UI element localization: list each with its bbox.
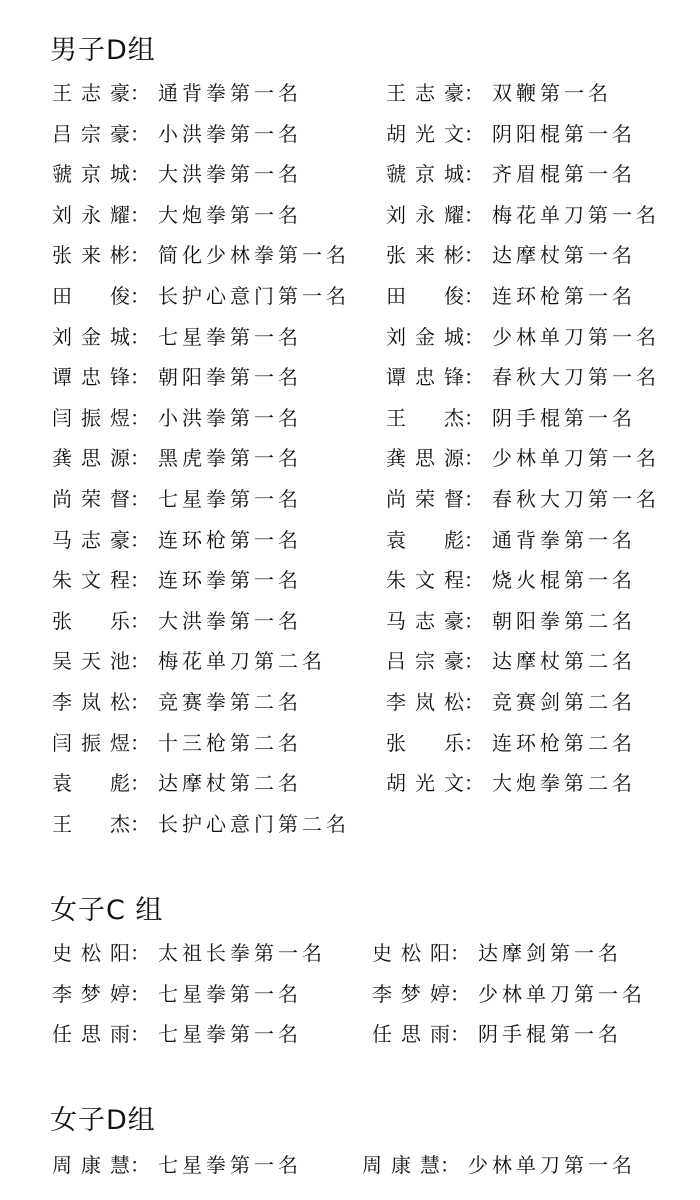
award-entry-left: 田俊：长护心意门第一名 xyxy=(52,281,350,311)
award-entry-left: 闫振煜：十三枪第二名 xyxy=(52,728,302,758)
award-text: 通背拳第一名 xyxy=(492,525,636,555)
separator-colon: ： xyxy=(130,362,158,392)
award-text: 太祖长拳第一名 xyxy=(158,938,326,968)
award-entry-right: 虢京城：齐眉棍第一名 xyxy=(386,159,636,189)
award-entry-right: 史松阳：达摩剑第一名 xyxy=(372,938,622,968)
separator-colon: ： xyxy=(130,979,158,1009)
separator-colon: ： xyxy=(130,938,158,968)
athlete-name: 谭忠锋 xyxy=(386,362,464,392)
athlete-name: 尚荣督 xyxy=(386,484,464,514)
athlete-name: 刘金城 xyxy=(386,322,464,352)
separator-colon: ： xyxy=(464,362,492,392)
award-row: 任思雨：七星拳第一名任思雨：阴手棍第一名 xyxy=(0,1019,700,1049)
award-text: 达摩杖第二名 xyxy=(492,646,636,676)
award-text: 连环拳第一名 xyxy=(158,565,302,595)
award-text: 竞赛拳第二名 xyxy=(158,687,302,717)
athlete-name: 吕宗豪 xyxy=(386,646,464,676)
athlete-name: 李岚松 xyxy=(52,687,130,717)
award-row: 王志豪：通背拳第一名王志豪：双鞭第一名 xyxy=(0,78,700,108)
award-row: 张来彬：简化少林拳第一名张来彬：达摩杖第一名 xyxy=(0,240,700,270)
award-text: 连环枪第二名 xyxy=(492,728,636,758)
athlete-name: 谭忠锋 xyxy=(52,362,130,392)
award-text: 十三枪第二名 xyxy=(158,728,302,758)
award-entry-right: 周康慧：少林单刀第一名 xyxy=(362,1150,636,1180)
section-title: 男子D组 xyxy=(50,34,156,68)
award-text: 竞赛剑第二名 xyxy=(492,687,636,717)
athlete-name: 王志豪 xyxy=(52,78,130,108)
separator-colon: ： xyxy=(130,565,158,595)
award-text: 朝阳拳第一名 xyxy=(158,362,302,392)
award-text: 阴阳棍第一名 xyxy=(492,119,636,149)
athlete-name: 任思雨 xyxy=(52,1019,130,1049)
award-entry-left: 史松阳：太祖长拳第一名 xyxy=(52,938,326,968)
athlete-name: 田俊 xyxy=(52,281,130,311)
award-row: 尚荣督：七星拳第一名尚荣督：春秋大刀第一名 xyxy=(0,484,700,514)
separator-colon: ： xyxy=(130,1150,158,1180)
athlete-name: 袁彪 xyxy=(386,525,464,555)
athlete-name: 尚荣督 xyxy=(52,484,130,514)
award-entry-left: 王杰：长护心意门第二名 xyxy=(52,809,350,839)
award-row: 闫振煜：小洪拳第一名王杰：阴手棍第一名 xyxy=(0,403,700,433)
athlete-name: 李梦婷 xyxy=(372,979,450,1009)
award-entry-left: 闫振煜：小洪拳第一名 xyxy=(52,403,302,433)
award-entry-right: 袁彪：通背拳第一名 xyxy=(386,525,636,555)
athlete-name: 王志豪 xyxy=(386,78,464,108)
award-text: 少林单刀第一名 xyxy=(478,979,646,1009)
award-entry-left: 朱文程：连环拳第一名 xyxy=(52,565,302,595)
athlete-name: 李梦婷 xyxy=(52,979,130,1009)
award-entry-right: 李岚松：竞赛剑第二名 xyxy=(386,687,636,717)
award-entry-right: 王杰：阴手棍第一名 xyxy=(386,403,636,433)
athlete-name: 马志豪 xyxy=(386,606,464,636)
athlete-name: 史松阳 xyxy=(372,938,450,968)
award-entry-right: 胡光文：阴阳棍第一名 xyxy=(386,119,636,149)
award-row: 李梦婷：七星拳第一名李梦婷：少林单刀第一名 xyxy=(0,979,700,1009)
separator-colon: ： xyxy=(130,443,158,473)
athlete-name: 闫振煜 xyxy=(52,403,130,433)
separator-colon: ： xyxy=(464,768,492,798)
separator-colon: ： xyxy=(464,159,492,189)
award-entry-left: 龚思源：黑虎拳第一名 xyxy=(52,443,302,473)
separator-colon: ： xyxy=(450,1019,478,1049)
award-row: 马志豪：连环枪第一名袁彪：通背拳第一名 xyxy=(0,525,700,555)
athlete-name: 张乐 xyxy=(386,728,464,758)
athlete-name: 闫振煜 xyxy=(52,728,130,758)
separator-colon: ： xyxy=(464,322,492,352)
award-entry-right: 马志豪：朝阳拳第二名 xyxy=(386,606,636,636)
athlete-name: 刘永耀 xyxy=(386,200,464,230)
award-row: 谭忠锋：朝阳拳第一名谭忠锋：春秋大刀第一名 xyxy=(0,362,700,392)
award-entry-left: 刘金城：七星拳第一名 xyxy=(52,322,302,352)
award-row: 张乐：大洪拳第一名马志豪：朝阳拳第二名 xyxy=(0,606,700,636)
athlete-name: 周康慧 xyxy=(362,1150,440,1180)
separator-colon: ： xyxy=(130,281,158,311)
award-text: 七星拳第一名 xyxy=(158,1150,302,1180)
award-text: 大洪拳第一名 xyxy=(158,159,302,189)
award-entry-left: 谭忠锋：朝阳拳第一名 xyxy=(52,362,302,392)
award-row: 袁彪：达摩杖第二名胡光文：大炮拳第二名 xyxy=(0,768,700,798)
award-text: 齐眉棍第一名 xyxy=(492,159,636,189)
separator-colon: ： xyxy=(130,119,158,149)
award-entry-left: 李岚松：竞赛拳第二名 xyxy=(52,687,302,717)
athlete-name: 虢京城 xyxy=(386,159,464,189)
award-text: 七星拳第一名 xyxy=(158,322,302,352)
award-text: 大洪拳第一名 xyxy=(158,606,302,636)
athlete-name: 任思雨 xyxy=(372,1019,450,1049)
award-text: 阴手棍第一名 xyxy=(478,1019,622,1049)
award-entry-right: 李梦婷：少林单刀第一名 xyxy=(372,979,646,1009)
separator-colon: ： xyxy=(464,78,492,108)
athlete-name: 刘金城 xyxy=(52,322,130,352)
award-row: 王杰：长护心意门第二名 xyxy=(0,809,700,839)
award-text: 阴手棍第一名 xyxy=(492,403,636,433)
award-entry-right: 王志豪：双鞭第一名 xyxy=(386,78,612,108)
section-title: 女子C 组 xyxy=(50,894,163,928)
separator-colon: ： xyxy=(464,484,492,514)
athlete-name: 李岚松 xyxy=(386,687,464,717)
award-text: 七星拳第一名 xyxy=(158,1019,302,1049)
award-entry-left: 马志豪：连环枪第一名 xyxy=(52,525,302,555)
award-entry-right: 谭忠锋：春秋大刀第一名 xyxy=(386,362,660,392)
athlete-name: 史松阳 xyxy=(52,938,130,968)
award-text: 梅花单刀第二名 xyxy=(158,646,326,676)
award-text: 大炮拳第一名 xyxy=(158,200,302,230)
separator-colon: ： xyxy=(130,159,158,189)
separator-colon: ： xyxy=(130,768,158,798)
separator-colon: ： xyxy=(130,200,158,230)
award-row: 龚思源：黑虎拳第一名龚思源：少林单刀第一名 xyxy=(0,443,700,473)
award-entry-left: 王志豪：通背拳第一名 xyxy=(52,78,302,108)
award-text: 少林单刀第一名 xyxy=(492,322,660,352)
separator-colon: ： xyxy=(464,606,492,636)
athlete-name: 王杰 xyxy=(52,809,130,839)
award-text: 大炮拳第二名 xyxy=(492,768,636,798)
athlete-name: 刘永耀 xyxy=(52,200,130,230)
award-entry-right: 刘金城：少林单刀第一名 xyxy=(386,322,660,352)
athlete-name: 朱文程 xyxy=(386,565,464,595)
athlete-name: 袁彪 xyxy=(52,768,130,798)
award-row: 刘金城：七星拳第一名刘金城：少林单刀第一名 xyxy=(0,322,700,352)
award-row: 李岚松：竞赛拳第二名李岚松：竞赛剑第二名 xyxy=(0,687,700,717)
award-text: 双鞭第一名 xyxy=(492,78,612,108)
separator-colon: ： xyxy=(450,938,478,968)
athlete-name: 王杰 xyxy=(386,403,464,433)
athlete-name: 马志豪 xyxy=(52,525,130,555)
award-entry-left: 李梦婷：七星拳第一名 xyxy=(52,979,302,1009)
award-entry-left: 虢京城：大洪拳第一名 xyxy=(52,159,302,189)
award-row: 闫振煜：十三枪第二名张乐：连环枪第二名 xyxy=(0,728,700,758)
athlete-name: 胡光文 xyxy=(386,119,464,149)
award-text: 连环枪第一名 xyxy=(492,281,636,311)
separator-colon: ： xyxy=(464,119,492,149)
award-text: 通背拳第一名 xyxy=(158,78,302,108)
award-text: 简化少林拳第一名 xyxy=(158,240,350,270)
award-text: 长护心意门第一名 xyxy=(158,281,350,311)
separator-colon: ： xyxy=(130,728,158,758)
award-text: 连环枪第一名 xyxy=(158,525,302,555)
award-entry-right: 田俊：连环枪第一名 xyxy=(386,281,636,311)
separator-colon: ： xyxy=(130,240,158,270)
award-row: 史松阳：太祖长拳第一名史松阳：达摩剑第一名 xyxy=(0,938,700,968)
separator-colon: ： xyxy=(464,728,492,758)
award-text: 达摩杖第二名 xyxy=(158,768,302,798)
award-row: 周康慧：七星拳第一名周康慧：少林单刀第一名 xyxy=(0,1150,700,1180)
award-entry-right: 龚思源：少林单刀第一名 xyxy=(386,443,660,473)
award-row: 朱文程：连环拳第一名朱文程：烧火棍第一名 xyxy=(0,565,700,595)
award-entry-right: 胡光文：大炮拳第二名 xyxy=(386,768,636,798)
award-entry-left: 吴天池：梅花单刀第二名 xyxy=(52,646,326,676)
separator-colon: ： xyxy=(464,240,492,270)
award-text: 黑虎拳第一名 xyxy=(158,443,302,473)
award-text: 烧火棍第一名 xyxy=(492,565,636,595)
separator-colon: ： xyxy=(464,646,492,676)
award-entry-right: 任思雨：阴手棍第一名 xyxy=(372,1019,622,1049)
award-text: 少林单刀第一名 xyxy=(468,1150,636,1180)
award-entry-left: 吕宗豪：小洪拳第一名 xyxy=(52,119,302,149)
award-entry-left: 袁彪：达摩杖第二名 xyxy=(52,768,302,798)
athlete-name: 田俊 xyxy=(386,281,464,311)
award-entry-left: 张来彬：简化少林拳第一名 xyxy=(52,240,350,270)
award-text: 长护心意门第二名 xyxy=(158,809,350,839)
separator-colon: ： xyxy=(450,979,478,1009)
award-entry-left: 刘永耀：大炮拳第一名 xyxy=(52,200,302,230)
award-text: 春秋大刀第一名 xyxy=(492,484,660,514)
award-text: 小洪拳第一名 xyxy=(158,403,302,433)
award-text: 小洪拳第一名 xyxy=(158,119,302,149)
separator-colon: ： xyxy=(464,565,492,595)
award-entry-right: 张乐：连环枪第二名 xyxy=(386,728,636,758)
award-entry-right: 朱文程：烧火棍第一名 xyxy=(386,565,636,595)
separator-colon: ： xyxy=(130,78,158,108)
separator-colon: ： xyxy=(130,322,158,352)
award-entry-left: 尚荣督：七星拳第一名 xyxy=(52,484,302,514)
award-text: 达摩杖第一名 xyxy=(492,240,636,270)
separator-colon: ： xyxy=(464,687,492,717)
separator-colon: ： xyxy=(130,403,158,433)
award-row: 虢京城：大洪拳第一名虢京城：齐眉棍第一名 xyxy=(0,159,700,189)
separator-colon: ： xyxy=(130,687,158,717)
athlete-name: 张来彬 xyxy=(52,240,130,270)
award-text: 七星拳第一名 xyxy=(158,979,302,1009)
separator-colon: ： xyxy=(464,443,492,473)
separator-colon: ： xyxy=(130,525,158,555)
separator-colon: ： xyxy=(130,1019,158,1049)
award-text: 达摩剑第一名 xyxy=(478,938,622,968)
separator-colon: ： xyxy=(440,1150,468,1180)
athlete-name: 胡光文 xyxy=(386,768,464,798)
athlete-name: 周康慧 xyxy=(52,1150,130,1180)
athlete-name: 龚思源 xyxy=(386,443,464,473)
athlete-name: 龚思源 xyxy=(52,443,130,473)
award-row: 田俊：长护心意门第一名田俊：连环枪第一名 xyxy=(0,281,700,311)
separator-colon: ： xyxy=(464,403,492,433)
separator-colon: ： xyxy=(464,281,492,311)
award-text: 梅花单刀第一名 xyxy=(492,200,660,230)
award-row: 吴天池：梅花单刀第二名吕宗豪：达摩杖第二名 xyxy=(0,646,700,676)
separator-colon: ： xyxy=(130,646,158,676)
athlete-name: 朱文程 xyxy=(52,565,130,595)
award-row: 刘永耀：大炮拳第一名刘永耀：梅花单刀第一名 xyxy=(0,200,700,230)
award-row: 吕宗豪：小洪拳第一名胡光文：阴阳棍第一名 xyxy=(0,119,700,149)
award-text: 春秋大刀第一名 xyxy=(492,362,660,392)
award-entry-left: 任思雨：七星拳第一名 xyxy=(52,1019,302,1049)
separator-colon: ： xyxy=(464,200,492,230)
athlete-name: 吴天池 xyxy=(52,646,130,676)
separator-colon: ： xyxy=(130,606,158,636)
award-text: 少林单刀第一名 xyxy=(492,443,660,473)
separator-colon: ： xyxy=(464,525,492,555)
award-entry-right: 张来彬：达摩杖第一名 xyxy=(386,240,636,270)
award-entry-left: 张乐：大洪拳第一名 xyxy=(52,606,302,636)
award-entry-left: 周康慧：七星拳第一名 xyxy=(52,1150,302,1180)
athlete-name: 虢京城 xyxy=(52,159,130,189)
athlete-name: 张来彬 xyxy=(386,240,464,270)
award-text: 朝阳拳第二名 xyxy=(492,606,636,636)
award-entry-right: 尚荣督：春秋大刀第一名 xyxy=(386,484,660,514)
separator-colon: ： xyxy=(130,484,158,514)
section-title: 女子D组 xyxy=(50,1104,156,1138)
award-entry-right: 刘永耀：梅花单刀第一名 xyxy=(386,200,660,230)
athlete-name: 张乐 xyxy=(52,606,130,636)
award-text: 七星拳第一名 xyxy=(158,484,302,514)
athlete-name: 吕宗豪 xyxy=(52,119,130,149)
separator-colon: ： xyxy=(130,809,158,839)
award-entry-right: 吕宗豪：达摩杖第二名 xyxy=(386,646,636,676)
